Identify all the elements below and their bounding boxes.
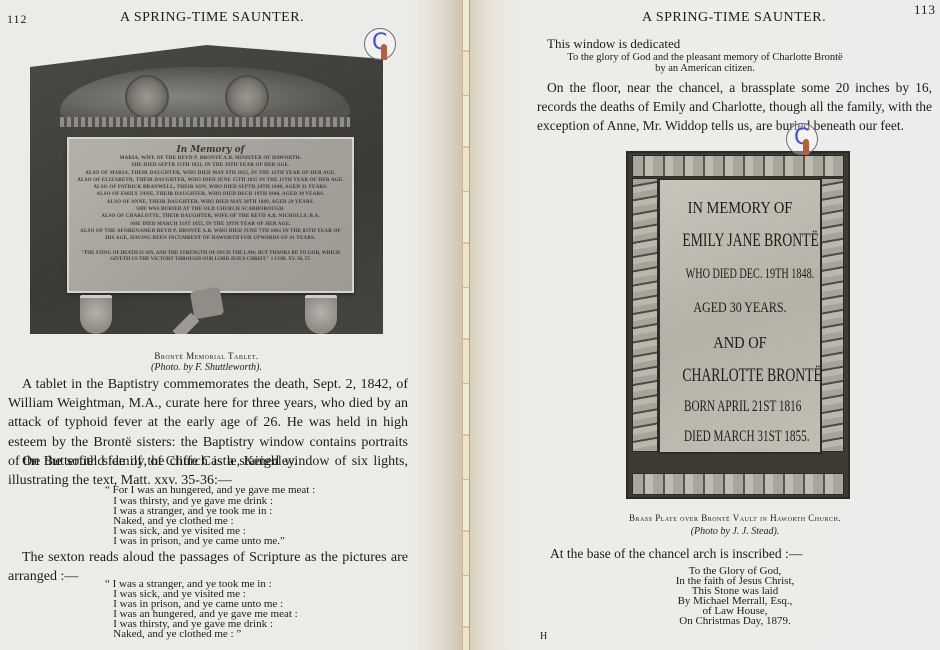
tablet-heading: In Memory of [69, 145, 352, 155]
page-number: 112 [7, 12, 28, 27]
signature-mark: H [540, 631, 547, 643]
plate-line: CHARLOTTE BRONTË [682, 365, 797, 387]
plate-inscription-panel: IN MEMORY OF EMILY JANE BRONTË WHO DIED … [658, 178, 822, 454]
brass-plate-photo: IN MEMORY OF EMILY JANE BRONTË WHO DIED … [626, 151, 850, 499]
tablet-line: HIS AGE, HAVING BEEN INCUMBENT OF HAWORT… [69, 235, 352, 242]
paragraph: On the floor, near the chancel, a brassp… [537, 78, 932, 136]
dedication-intro: This window is dedicated [547, 34, 680, 53]
tablet-inscription-panel: In Memory of MARIA, WIFE OF THE REVD P. … [67, 137, 354, 293]
plate-line: IN MEMORY OF [672, 198, 808, 218]
plate-border-ornament [632, 473, 844, 495]
plate-line: AND OF [672, 333, 808, 353]
right-page: A SPRING-TIME SAUNTER. 113 This window i… [470, 0, 940, 650]
tablet-line: ALSO OF PATRICK BRANWELL, THEIR SON, WHO… [69, 184, 352, 191]
verse-line: Naked, and ye clothed me : ” [105, 628, 241, 640]
plate-line: WHO DIED DEC. 19TH 1848. [686, 266, 795, 283]
verse-line: I was in prison, and ye came unto me.” [105, 535, 285, 547]
dedication-line: by an American citizen. [470, 63, 940, 75]
plate-line: EMILY JANE BRONTË [682, 230, 797, 252]
key-ornament [190, 287, 224, 320]
person-figure-icon [803, 139, 809, 155]
tablet-line: ALSO OF THE AFORENAMED REVD P. BRONTË A.… [69, 228, 352, 235]
figure-credit: (Photo. by F. Shuttleworth). [30, 362, 383, 373]
copyright-c-icon[interactable]: C [364, 28, 396, 60]
tablet-line: ALSO OF MARIA, THEIR DAUGHTER, WHO DIED … [69, 170, 352, 177]
key-ornament-shaft [173, 313, 200, 340]
page-number: 113 [914, 2, 936, 18]
book-gutter [462, 0, 470, 650]
copyright-c-icon[interactable]: C [786, 123, 818, 155]
running-head: A SPRING-TIME SAUNTER. [120, 10, 304, 26]
shield-ornament [80, 295, 112, 334]
plate-border-ornament [632, 155, 844, 177]
paragraph: At the base of the chancel arch is inscr… [550, 544, 802, 563]
plate-border-ornament [632, 178, 658, 452]
figure-credit: (Photo by J. J. Stead). [580, 526, 890, 537]
figure-caption: Brontë Memorial Tablet. [30, 351, 383, 361]
plate-line: DIED MARCH 31ST 1855. [684, 428, 796, 446]
rosette-ornament [125, 75, 169, 119]
tablet-line: ALSO OF EMILY JANE, THEIR DAUGHTER, WHO … [69, 191, 352, 198]
tablet-line: SHE WAS BURIED AT THE OLD CHURCH SCARBOR… [69, 206, 352, 213]
tablet-cornice [60, 117, 350, 127]
tablet-pediment [60, 67, 350, 117]
figure-caption: Brass Plate over Brontë Vault in Haworth… [580, 513, 890, 523]
tablet-line: SHE DIED MARCH 31ST 1855, IN THE 39TH YE… [69, 221, 352, 228]
tablet-line: ALSO OF CHARLOTTE, THEIR DAUGHTER, WIFE … [69, 213, 352, 220]
tablet-line: SHE DIED SEPTR 15TH 1821, IN THE 39TH YE… [69, 162, 352, 169]
plate-line: BORN APRIL 21ST 1816 [684, 398, 796, 416]
shield-ornament [305, 295, 337, 334]
memorial-tablet-photo: In Memory of MARIA, WIFE OF THE REVD P. … [30, 45, 383, 334]
rosette-ornament [225, 75, 269, 119]
tablet-line: MARIA, WIFE OF THE REVD P. BRONTË A.B. M… [69, 155, 352, 162]
tablet-line: ALSO OF ELIZABETH, THEIR DAUGHTER, WHO D… [69, 177, 352, 184]
inscription-line: On Christmas Day, 1879. [600, 615, 870, 627]
plate-line: AGED 30 YEARS. [676, 300, 804, 317]
person-figure-icon [381, 44, 387, 60]
tablet-line: ALSO OF ANNE, THEIR DAUGHTER, WHO DIED M… [69, 199, 352, 206]
running-head: A SPRING-TIME SAUNTER. [642, 10, 826, 26]
left-page: 112 A SPRING-TIME SAUNTER. In Memory of … [0, 0, 470, 650]
tablet-quote: "THE STING OF DEATH IS SIN, AND THE STRE… [69, 251, 352, 263]
